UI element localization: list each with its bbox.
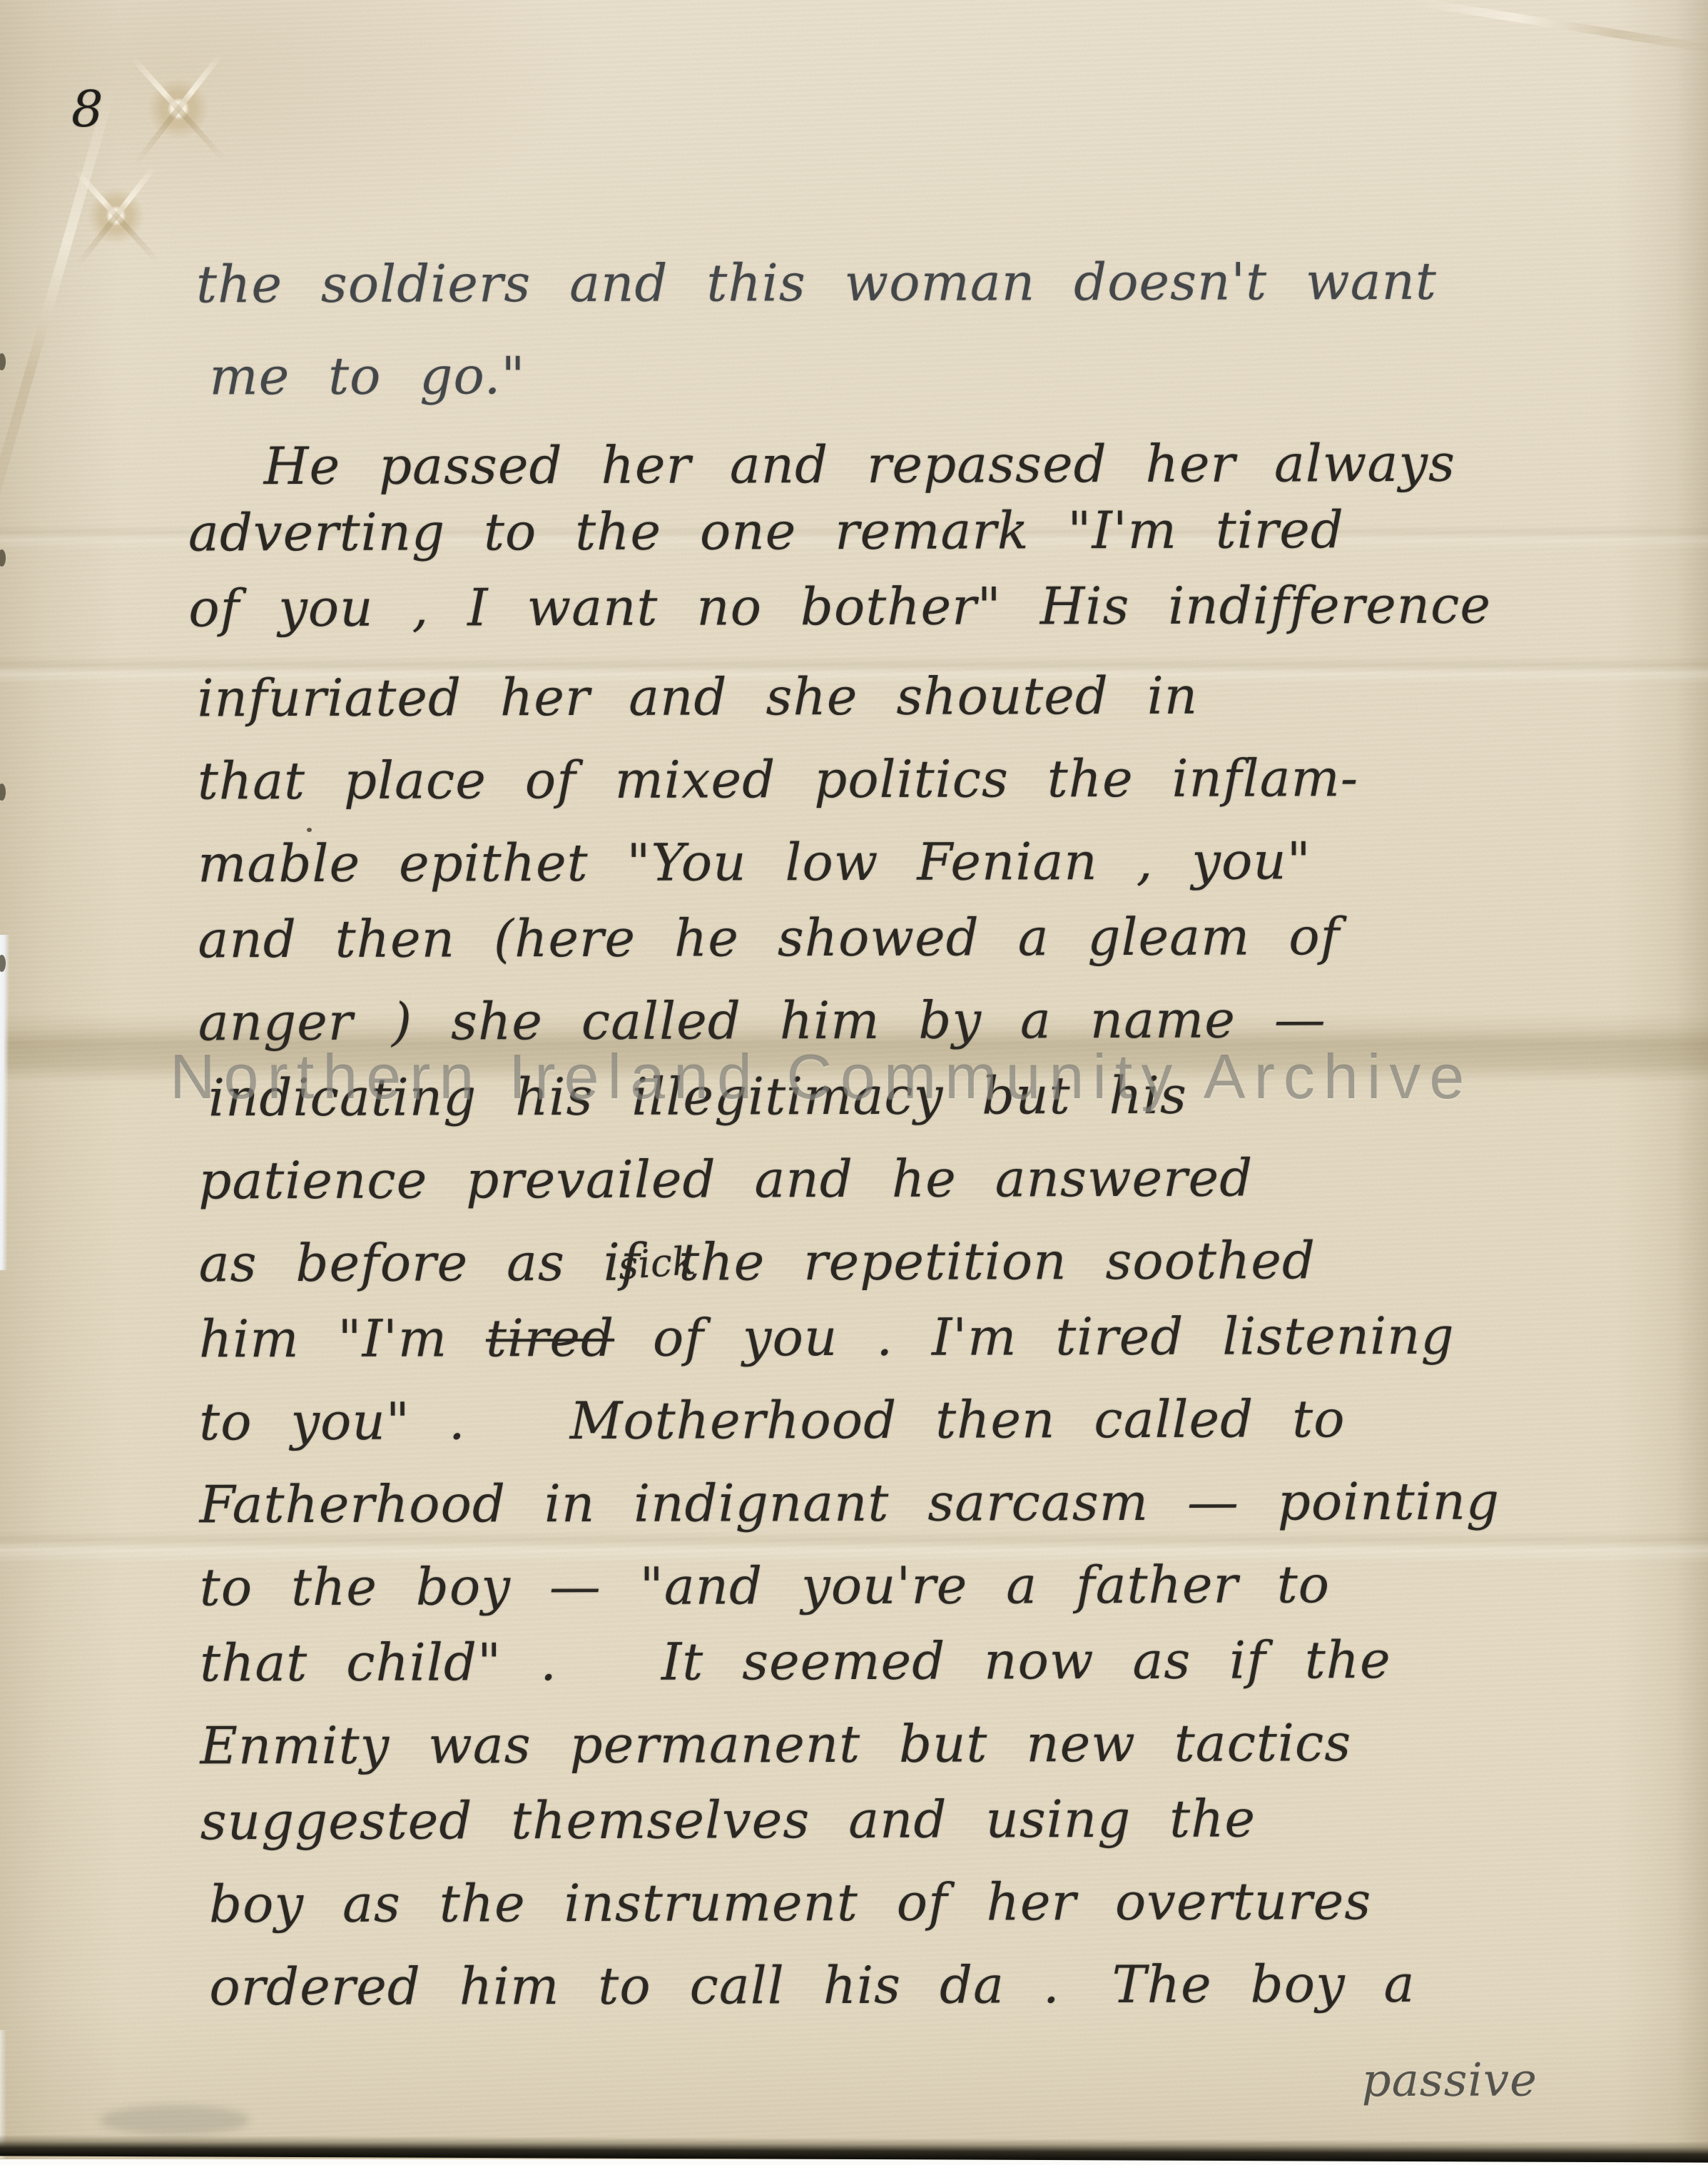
handwritten-line: and then (here he showed a gleam of [198,899,1340,976]
handwritten-line: him "I'm tired of you . I'm tired listen… [199,1299,1455,1376]
handwritten-line: passive [1362,2043,1538,2118]
watermark: Northern Ireland Community Archive [170,1040,1473,1113]
handwritten-line: that child" . It seemed now as if the [200,1623,1391,1700]
faint-smudge [100,2105,250,2135]
handwritten-line: Fatherhood in indignant sarcasm — pointi… [199,1464,1500,1542]
handwritten-line: of you , I want no bother" His indiffere… [188,568,1491,646]
handwritten-line: boy as the instrument of her overtures [209,1864,1371,1941]
handwritten-line: the soldiers and this woman doesn't want [196,244,1437,322]
handwritten-line: as before as if the repetition soothed [199,1223,1316,1300]
handwritten-line: mable epithet "You low Fenian , you" [198,823,1311,901]
ink-speck [307,828,312,832]
line-text-before-strike: him "I'm [199,1308,486,1369]
handwritten-line: adverting to the one remark "I'm tired [188,492,1344,569]
struck-word: tired [486,1308,614,1368]
handwritten-line: suggested themselves and using the [200,1782,1256,1859]
handwritten-line: me to go." [209,338,525,413]
handwritten-line: patience prevailed and he answered [198,1141,1253,1218]
scanned-letter-page: 8 the soldiers and this woman doesn't wa… [0,0,1708,2165]
handwritten-line: that place of mixed politics the inflam- [198,741,1359,818]
handwritten-line: to you" . Motherhood then called to [199,1381,1346,1459]
handwritten-line: Enmity was permanent but new tactics [200,1705,1351,1783]
handwritten-line: infuriated her and she shouted in [197,659,1198,736]
handwritten-line: ordered him to call his da . The boy a [209,1947,1415,2024]
handwritten-line: to the boy — "and you're a father to [200,1547,1331,1624]
handwritten-line: He passed her and repassed her always [264,426,1456,503]
line-text-after-strike: of you . I'm tired listening [614,1306,1455,1368]
inserted-word-above-strike: sick [617,1238,697,1289]
